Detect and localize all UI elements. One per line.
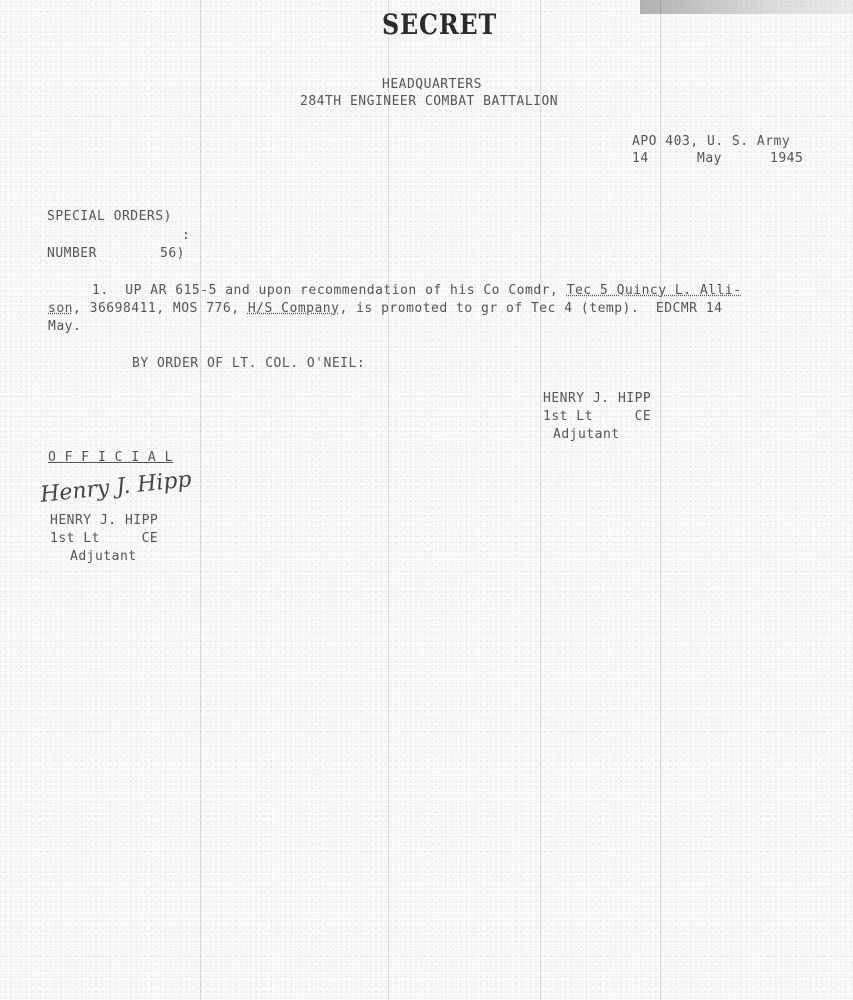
fold-line xyxy=(540,0,541,1000)
fold-line xyxy=(660,0,661,1000)
by-order-line: BY ORDER OF LT. COL. O'NEIL: xyxy=(132,356,365,371)
orders-colon: : xyxy=(182,228,190,243)
soldier-name-cont: son xyxy=(48,301,73,316)
order-number: 56) xyxy=(160,246,185,261)
date-month: May xyxy=(697,151,722,166)
special-orders-label: SPECIAL ORDERS) xyxy=(47,209,172,224)
number-label: NUMBER xyxy=(47,246,97,261)
header-line2: 284TH ENGINEER COMBAT BATTALION xyxy=(300,94,558,109)
soldier-name: Tec 5 Quincy L. Alli- xyxy=(567,283,742,298)
serial-mos: , 36698411, MOS 776, xyxy=(73,301,248,316)
company-name: H/S Company xyxy=(248,301,340,316)
paragraph-line1-text: 1. UP AR 615-5 and upon recommendation o… xyxy=(48,283,567,298)
handwritten-signature: Henry J. Hipp xyxy=(39,467,193,508)
paragraph-line3: May. xyxy=(48,319,81,334)
secret-stamp: SECRET xyxy=(382,8,497,41)
promotion-text: , is promoted to gr of Tec 4 (temp). EDC… xyxy=(339,301,722,316)
apo-line: APO 403, U. S. Army xyxy=(632,134,790,149)
header-line1: HEADQUARTERS xyxy=(382,77,482,92)
fold-line xyxy=(388,0,389,1000)
official-rank: 1st Lt CE xyxy=(50,531,158,546)
fold-line xyxy=(200,0,201,1000)
signatory-title: Adjutant xyxy=(553,427,620,442)
date-day: 14 xyxy=(632,151,649,166)
signatory-rank: 1st Lt CE xyxy=(543,409,651,424)
date-year: 1945 xyxy=(770,151,803,166)
official-name: HENRY J. HIPP xyxy=(50,513,158,528)
paragraph-line2: son, 36698411, MOS 776, H/S Company, is … xyxy=(48,301,722,316)
signatory-name: HENRY J. HIPP xyxy=(543,391,651,406)
paragraph-line1: 1. UP AR 615-5 and upon recommendation o… xyxy=(48,283,742,298)
official-label: O F F I C I A L xyxy=(48,450,173,465)
scan-smudge xyxy=(640,0,853,14)
official-title: Adjutant xyxy=(70,549,137,564)
